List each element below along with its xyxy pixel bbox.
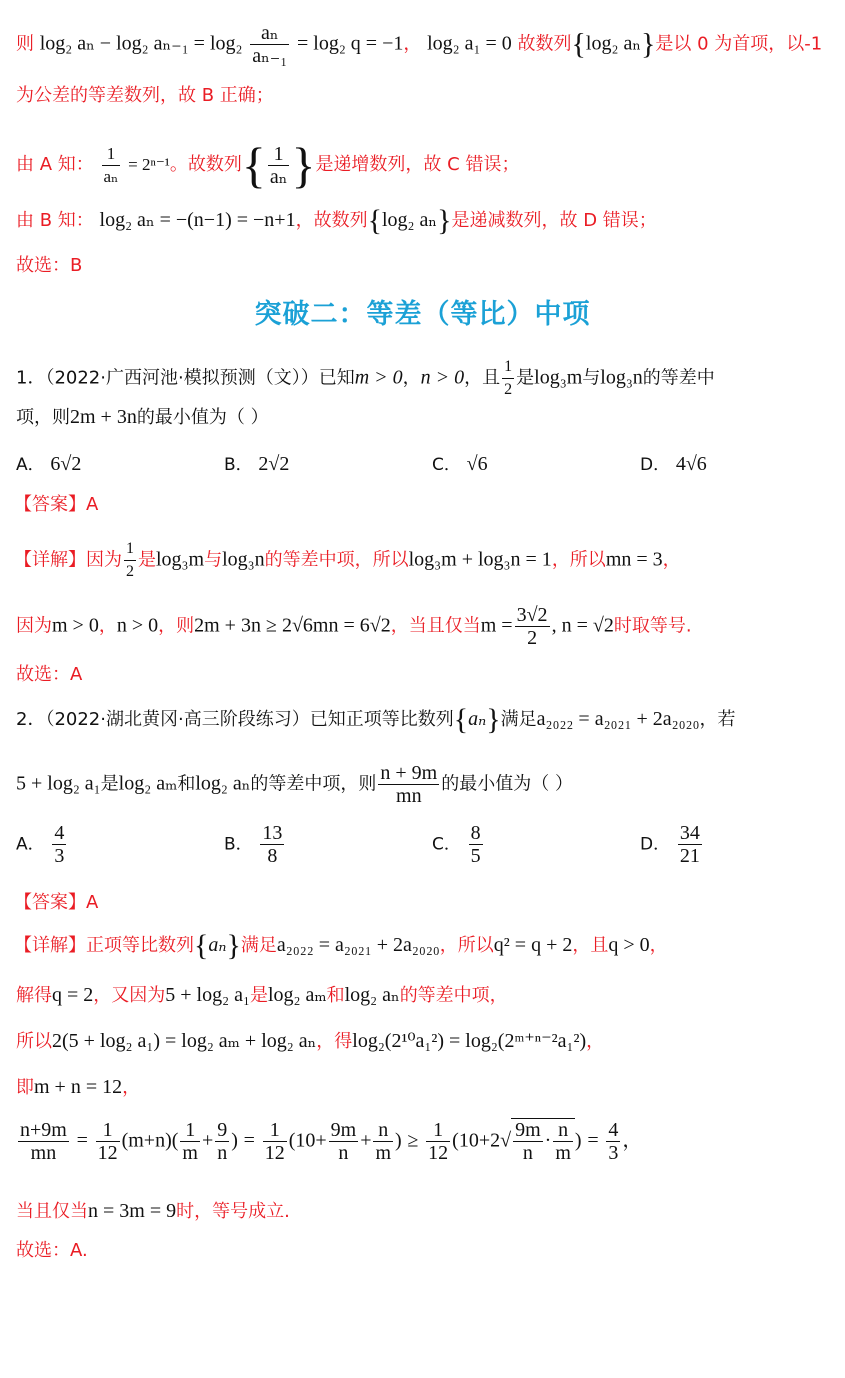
q2-choice: 故选：A. (16, 1238, 88, 1264)
q2-detail-line-5: n+9mmn = 112(m+n)(1m+9n) = 112(10+9mn+nm… (16, 1118, 642, 1164)
question-2-stem-line-1: 2．（2022·湖北黄冈·高三阶段练习）已知正项等比数列{aₙ}满足a₂₀₂₂ … (16, 706, 736, 733)
q1-answer: 【答案】A (14, 492, 98, 518)
prev-solution-line-1: 则 log₂ aₙ − log₂ aₙ₋₁ = log₂ aₙaₙ₋₁ = lo… (16, 22, 822, 67)
question-1-stem-line-1: 1．（2022·广西河池·模拟预测（文））已知m > 0，n > 0，且12是l… (16, 356, 715, 401)
q2-detail-line-1: 【详解】正项等比数列{aₙ}满足a₂₀₂₂ = a₂₀₂₁ + 2a₂₀₂₀，所… (14, 932, 668, 959)
prev-solution-line-4: 由 B 知： log₂ aₙ = −(n−1) = −n+1，故数列{log₂ … (16, 207, 657, 234)
fraction: 12 (502, 356, 514, 401)
math: log₂ aₙ − log₂ aₙ₋₁ = log₂ (40, 33, 243, 55)
fraction: aₙaₙ₋₁ (250, 22, 289, 67)
prev-solution-line-3: 由 A 知： 1aₙ = 2ⁿ⁻¹。故数列{1aₙ}是递增数列，故 C 错误； (16, 140, 519, 190)
q1-choice: 故选：A (16, 662, 82, 688)
q1-detail-line-2: 因为m > 0，n > 0，则2m + 3n ≥ 2√6mn = 6√2，当且仅… (16, 604, 692, 649)
q1-option-a: A． 6√2 (16, 450, 81, 476)
q2-option-b: B． 138 (224, 822, 286, 867)
fraction: n + 9mmn (378, 762, 439, 807)
text: 则 (16, 34, 34, 55)
q1-option-c: C． √6 (432, 450, 488, 476)
q2-option-a: A． 43 (16, 822, 68, 867)
section-heading: 突破二：等差（等比）中项 (0, 292, 845, 331)
q2-detail-line-3: 所以2(5 + log₂ a₁) = log₂ aₘ + log₂ aₙ，得lo… (16, 1028, 604, 1055)
q2-detail-line-6: 当且仅当n = 3m = 9时，等号成立. (16, 1198, 290, 1225)
q1-option-b: B． 2√2 (224, 450, 289, 476)
q2-answer: 【答案】A (14, 890, 98, 916)
fraction: 1aₙ (102, 143, 121, 188)
prev-solution-line-2: 为公差的等差数列，故 B 正确； (16, 83, 274, 109)
question-2-stem-line-2: 5 + log₂ a₁是log₂ aₘ和log₂ aₙ的等差中项，则n + 9m… (16, 762, 573, 807)
fraction: n+9mmn (18, 1119, 69, 1164)
question-1-stem-line-2: 项，则2m + 3n的最小值为（ ） (16, 404, 269, 431)
math: log₂ a₁ = 0 (427, 33, 512, 55)
math: = log₂ q = −1 (297, 33, 403, 55)
q2-detail-line-2: 解得q = 2，又因为5 + log₂ a₁是log₂ aₘ和log₂ aₙ的等… (16, 982, 508, 1009)
q2-option-d: D． 3421 (640, 822, 704, 867)
fraction: 12 (124, 538, 136, 583)
q2-detail-line-4: 即m + n = 12， (16, 1074, 140, 1101)
fraction: 1aₙ (268, 143, 290, 188)
fraction: 3√22 (515, 604, 550, 649)
q2-option-c: C． 85 (432, 822, 485, 867)
prev-solution-choice: 故选：B (16, 253, 82, 279)
q1-option-d: D． 4√6 (640, 450, 707, 476)
q1-detail-line-1: 【详解】因为12是log₃m与log₃n的等差中项，所以log₃m + log₃… (14, 538, 681, 583)
